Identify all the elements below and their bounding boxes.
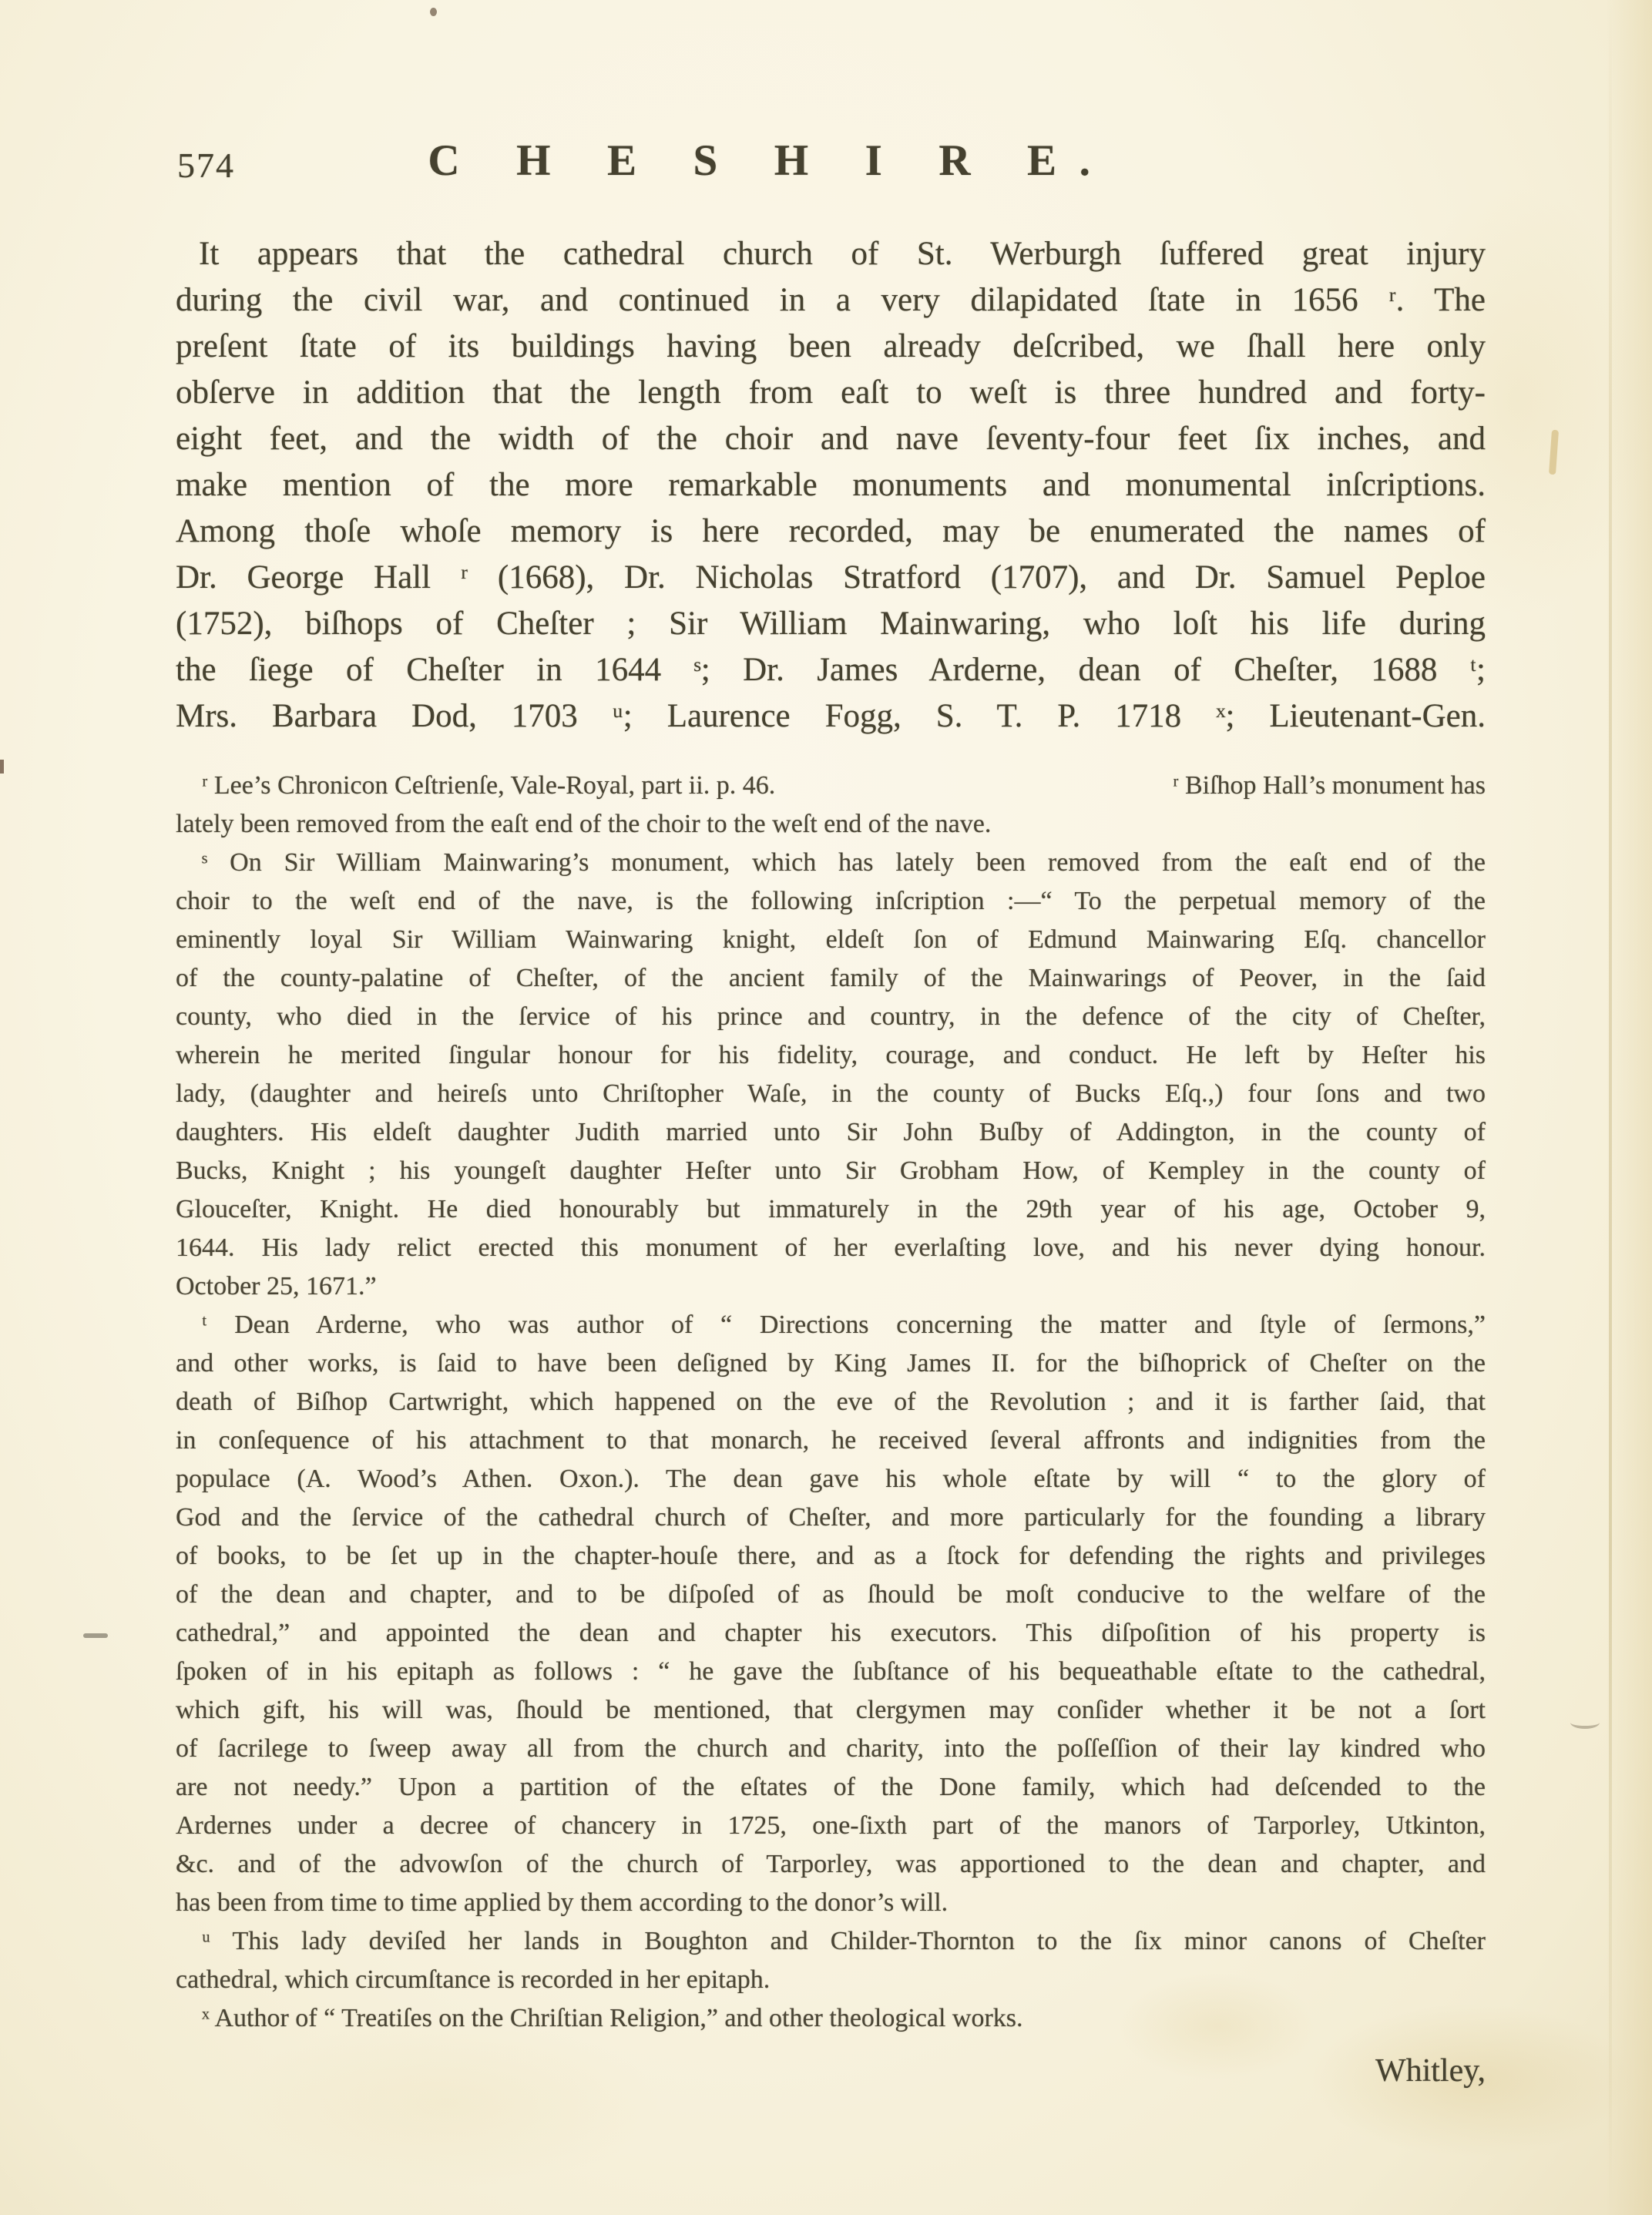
paper-stain	[231, 2019, 663, 2188]
text-line: which gift, his will was, ſhould be ment…	[176, 1691, 1486, 1730]
text-line: Mrs. Barbara Dod, 1703 ᵘ; Laurence Fogg,…	[176, 693, 1486, 740]
text-line: make mention of the more remarkable monu…	[176, 462, 1486, 508]
text-line: &c. and of the advowſon of the church of…	[176, 1845, 1486, 1884]
text-line: county, who died in the ſervice of his p…	[176, 998, 1486, 1036]
text-line: populace (A. Wood’s Athen. Oxon.). The d…	[176, 1460, 1486, 1498]
book-page: 574 C H E S H I R E. It appears that the…	[0, 0, 1652, 2215]
text-line: God and the ſervice of the cathedral chu…	[176, 1498, 1486, 1537]
text-line: and other works, is ſaid to have been de…	[176, 1344, 1486, 1383]
text-line: daughters. His eldeſt daughter Judith ma…	[176, 1113, 1486, 1152]
main-paragraph: It appears that the cathedral church of …	[176, 231, 1486, 740]
text-line: cathedral,” and appointed the dean and c…	[176, 1614, 1486, 1653]
text-line: Glouceſter, Knight. He died honourably b…	[176, 1190, 1486, 1229]
footnote-fogg: ˣ Author of “ Treatiſes on the Chriſtian…	[176, 1999, 1486, 2038]
text-line: the ſiege of Cheſter in 1644 ˢ; Dr. Jame…	[176, 647, 1486, 693]
text-line: 1644. His lady relict erected this monum…	[176, 1229, 1486, 1267]
footnote-r: ʳ Lee’s Chronicon Ceſtrienſe, Vale-Royal…	[176, 767, 1486, 844]
text-line: choir to the weſt end of the nave, is th…	[176, 882, 1486, 921]
text-line: Ardernes under a decree of chancery in 1…	[176, 1807, 1486, 1845]
text-line: preſent ſtate of its buildings having be…	[176, 324, 1486, 370]
footnote-mainwaring: ˢ On Sir William Mainwaring’s monument, …	[176, 844, 1486, 1306]
footnote-lee-reference: ʳ Lee’s Chronicon Ceſtrienſe, Vale-Royal…	[202, 767, 775, 805]
ink-speck	[430, 8, 437, 16]
margin-mark	[83, 1633, 108, 1638]
running-head: C H E S H I R E.	[176, 136, 1486, 186]
paper-mark	[1549, 430, 1559, 475]
text-line: ſpoken of in his epitaph as follows : “ …	[176, 1653, 1486, 1691]
text-line: October 25, 1671.”	[176, 1267, 1486, 1306]
footnote-dod: ᵘ This lady deviſed her lands in Boughto…	[176, 1922, 1486, 1999]
text-line: ᵘ This lady deviſed her lands in Boughto…	[176, 1922, 1486, 1961]
text-line: of ſacrilege to ſweep away all from the …	[176, 1730, 1486, 1768]
text-line: lady, (daughter and heireſs unto Chriſto…	[176, 1075, 1486, 1113]
text-line: Bucks, Knight ; his youngeſt daughter He…	[176, 1152, 1486, 1190]
text-line: eminently loyal Sir William Wainwaring k…	[176, 921, 1486, 959]
edge-speck	[0, 760, 4, 774]
text-line: during the civil war, and continued in a…	[176, 277, 1486, 324]
footnotes-block: ʳ Lee’s Chronicon Ceſtrienſe, Vale-Royal…	[176, 767, 1486, 2038]
text-line: Among thoſe whoſe memory is here recorde…	[176, 508, 1486, 555]
text-line: eight feet, and the width of the choir a…	[176, 416, 1486, 462]
text-line: ˣ Author of “ Treatiſes on the Chriſtian…	[176, 1999, 1486, 2038]
margin-mark	[1570, 1717, 1600, 1729]
text-line: lately been removed from the eaſt end of…	[176, 805, 1486, 844]
text-line: ˢ On Sir William Mainwaring’s monument, …	[176, 844, 1486, 882]
footnote-arderne: ᵗ Dean Arderne, who was author of “ Dire…	[176, 1306, 1486, 1922]
text-line: are not needy.” Upon a partition of the …	[176, 1768, 1486, 1807]
running-head-text: C H E S H I R E.	[428, 136, 1113, 186]
catchword: Whitley,	[1375, 2052, 1486, 2089]
paper-crease	[1609, 0, 1612, 2215]
text-line: has been from time to time applied by th…	[176, 1884, 1486, 1922]
text-line: in conſequence of his attachment to that…	[176, 1421, 1486, 1460]
footnote-hall-start: ʳ Biſhop Hall’s monument has	[1173, 767, 1486, 805]
text-line: of the dean and chapter, and to be diſpo…	[176, 1576, 1486, 1614]
text-line: It appears that the cathedral church of …	[176, 231, 1486, 277]
text-line: wherein he merited ſingular honour for h…	[176, 1036, 1486, 1075]
text-line: (1752), biſhops of Cheſter ; Sir William…	[176, 601, 1486, 647]
text-line: Dr. George Hall ʳ (1668), Dr. Nicholas S…	[176, 555, 1486, 601]
text-line: cathedral, which circumſtance is recorde…	[176, 1961, 1486, 1999]
text-line: of books, to be ſet up in the chapter-ho…	[176, 1537, 1486, 1576]
page-edge-shading	[1606, 0, 1652, 2215]
text-line: ᵗ Dean Arderne, who was author of “ Dire…	[176, 1306, 1486, 1344]
text-line: death of Biſhop Cartwright, which happen…	[176, 1383, 1486, 1421]
text-line: ʳ Lee’s Chronicon Ceſtrienſe, Vale-Royal…	[176, 767, 1486, 805]
text-line: of the county-palatine of Cheſter, of th…	[176, 959, 1486, 998]
text-line: obſerve in addition that the length from…	[176, 370, 1486, 416]
